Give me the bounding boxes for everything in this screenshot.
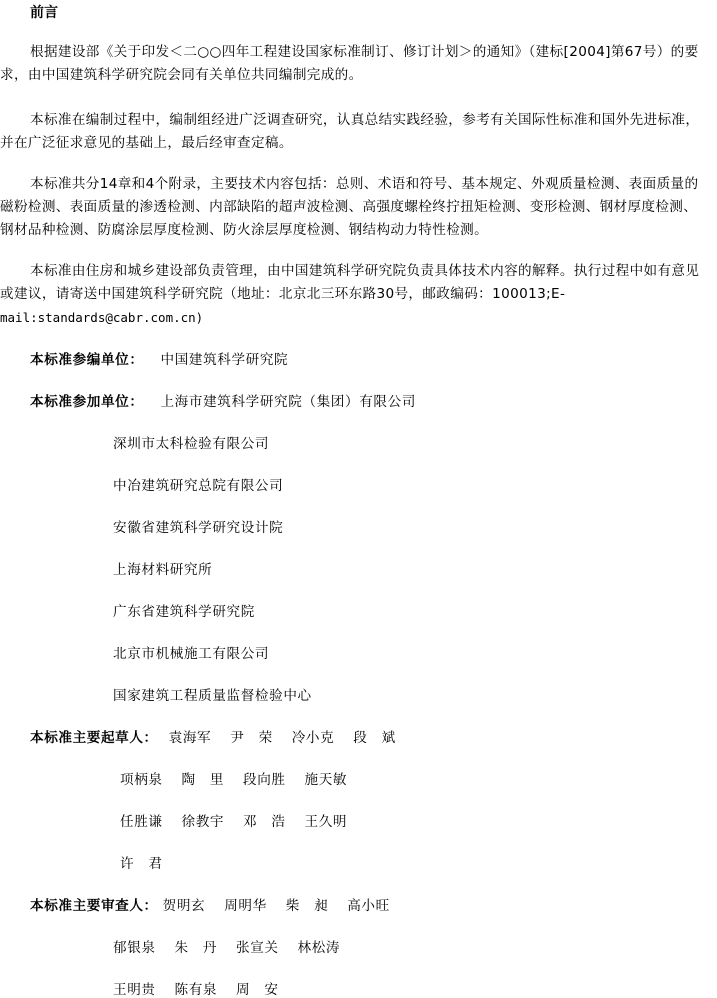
- drafters-row: 任胜谦 徐教宇 邓 浩 王久明: [120, 812, 361, 832]
- drafter-name: 王久明: [305, 814, 348, 830]
- reviewer-name: 贺明玄: [163, 898, 206, 914]
- participating-unit: 国家建筑工程质量监督检验中心: [113, 686, 312, 706]
- contact-line-2: 或建议，请寄送中国建筑科学研究院（地址：北京北三环东路30号，邮政编码：1000…: [0, 283, 702, 306]
- drafter-name: 段向胜: [243, 772, 286, 788]
- drafter-name: 许 君: [120, 856, 163, 872]
- participating-unit: 广东省建筑科学研究院: [113, 602, 255, 622]
- participating-unit: 中冶建筑研究总院有限公司: [113, 476, 283, 496]
- drafter-name: 冷小克: [292, 730, 335, 746]
- drafter-name: 袁海军: [169, 730, 212, 746]
- participating-units-row: 本标准参加单位： 上海市建筑科学研究院（集团）有限公司: [30, 392, 416, 412]
- chief-unit-value: 中国建筑科学研究院: [160, 352, 288, 368]
- reviewer-name: 林松涛: [298, 940, 341, 956]
- drafter-name: 段 斌: [353, 730, 396, 746]
- reviewer-name: 王明贵: [113, 982, 156, 998]
- drafters-row: 许 君: [120, 854, 177, 874]
- reviewer-name: 柴 昶: [286, 898, 329, 914]
- contact-line-1: 本标准由住房和城乡建设部负责管理，由中国建筑科学研究院负责具体技术内容的解释。执…: [0, 260, 702, 283]
- page-title: 前言: [30, 3, 58, 23]
- drafter-name: 邓 浩: [243, 814, 286, 830]
- reviewer-name: 周明华: [224, 898, 267, 914]
- reviewer-name: 朱 丹: [175, 940, 218, 956]
- participating-unit: 北京市机械施工有限公司: [113, 644, 269, 664]
- chief-unit-label: 本标准参编单位：: [30, 352, 144, 368]
- drafter-name: 徐教宇: [182, 814, 225, 830]
- reviewers-row: 王明贵 陈有泉 周 安: [113, 980, 293, 998]
- chief-unit-row: 本标准参编单位： 中国建筑科学研究院: [30, 350, 288, 370]
- reviewers-row: 本标准主要审查人： 贺明玄 周明华 柴 昶 高小旺: [30, 896, 404, 916]
- reviewers-label: 本标准主要审查人：: [30, 898, 158, 914]
- paragraph-contact: 本标准由住房和城乡建设部负责管理，由中国建筑科学研究院负责具体技术内容的解释。执…: [0, 260, 702, 329]
- drafters-row: 本标准主要起草人： 袁海军 尹 荣 冷小克 段 斌: [30, 728, 410, 748]
- participating-units-label: 本标准参加单位：: [30, 394, 144, 410]
- contact-email: mail:standards@cabr.com.cn): [0, 306, 702, 329]
- drafter-name: 陶 里: [182, 772, 225, 788]
- participating-unit: 上海材料研究所: [113, 560, 212, 580]
- reviewer-name: 周 安: [236, 982, 279, 998]
- reviewers-row: 郁银泉 朱 丹 张宣关 林松涛: [113, 938, 354, 958]
- drafter-name: 任胜谦: [120, 814, 163, 830]
- participating-unit: 深圳市太科检验有限公司: [113, 434, 269, 454]
- drafter-name: 项柄泉: [120, 772, 163, 788]
- paragraph-process: 本标准在编制过程中，编制组经进广泛调查研究，认真总结实践经验，参考有关国际性标准…: [0, 109, 702, 155]
- drafter-name: 尹 荣: [230, 730, 273, 746]
- participating-unit: 上海市建筑科学研究院（集团）有限公司: [160, 394, 416, 410]
- drafters-row: 项柄泉 陶 里 段向胜 施天敏: [120, 770, 361, 790]
- participating-unit: 安徽省建筑科学研究设计院: [113, 518, 283, 538]
- paragraph-basis: 根据建设部《关于印发＜二○○四年工程建设国家标准制订、修订计划＞的通知》（建标[…: [0, 41, 702, 87]
- drafter-name: 施天敏: [305, 772, 348, 788]
- reviewer-name: 陈有泉: [175, 982, 218, 998]
- reviewer-name: 高小旺: [347, 898, 390, 914]
- drafters-label: 本标准主要起草人：: [30, 730, 158, 746]
- reviewer-name: 郁银泉: [113, 940, 156, 956]
- reviewer-name: 张宣关: [236, 940, 279, 956]
- paragraph-contents: 本标准共分14章和4个附录，主要技术内容包括：总则、术语和符号、基本规定、外观质…: [0, 173, 702, 242]
